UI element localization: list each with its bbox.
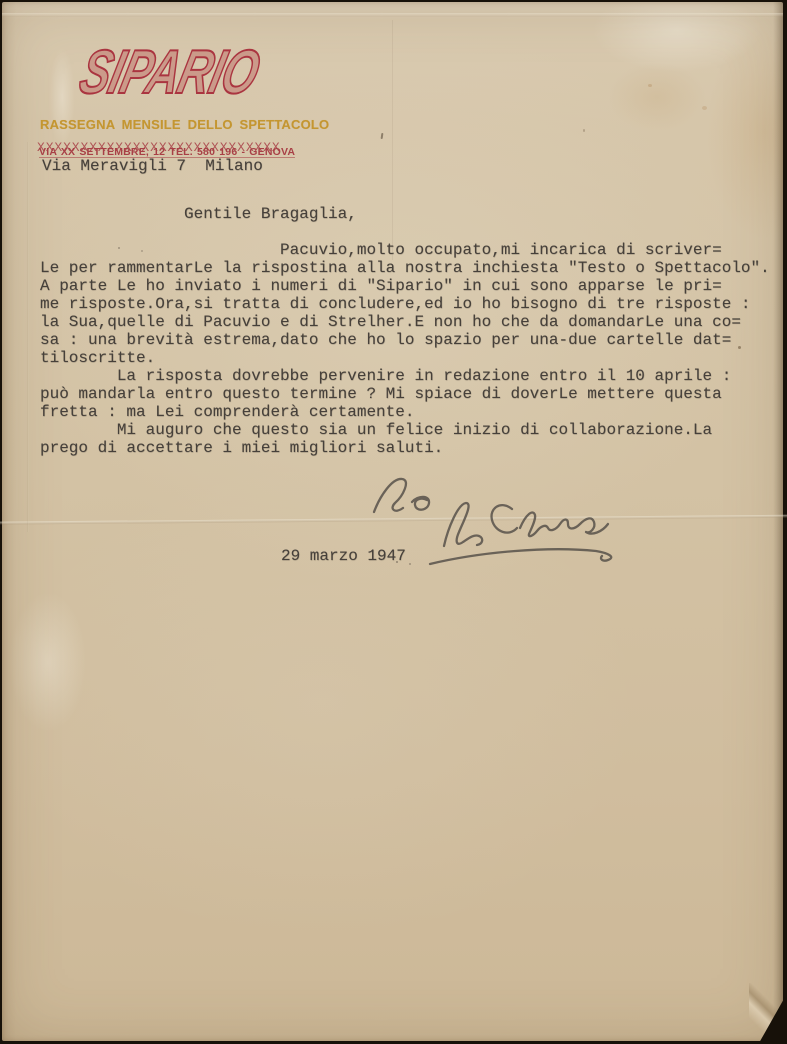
- letter-body: Gentile Bragaglia, Pacuvio,molto occupat…: [40, 205, 770, 457]
- photo-backdrop: SIPARIO RASSEGNA MENSILE DELLO SPETTACOL…: [0, 0, 787, 1044]
- closing-word-suo-stroke: [374, 479, 406, 512]
- typed-new-address: Via Meravigli 7 Milano: [42, 157, 263, 175]
- signature-capital-c: [492, 505, 517, 532]
- letter-page: SIPARIO RASSEGNA MENSILE DELLO SPETTACOL…: [2, 2, 783, 1041]
- fold-crease-vertical-left: [27, 142, 29, 532]
- letterhead-old-address: VIA XX SETTEMBRE, 12 TEL. 580 196 - GENO…: [39, 142, 295, 158]
- sipario-logo: SIPARIO: [74, 42, 265, 104]
- signature-first-name: [444, 503, 482, 546]
- fold-crease-top: [2, 13, 783, 17]
- foxing-spot: [648, 84, 652, 87]
- typed-date: 29 marzo 1947: [281, 547, 406, 565]
- ink-speck: [381, 133, 384, 139]
- closing-word-suo-o: [412, 497, 429, 510]
- strikeout-x-marks: XXXXXXXXXXXXXXXXXXXXXXXXXXXX: [37, 140, 281, 155]
- ink-speck: [583, 129, 585, 132]
- signature-flourish-underline: [430, 549, 611, 564]
- foxing-spot: [702, 106, 707, 110]
- letterhead-subtitle: RASSEGNA MENSILE DELLO SPETTACOLO: [40, 117, 329, 132]
- signature-surname: [520, 513, 608, 537]
